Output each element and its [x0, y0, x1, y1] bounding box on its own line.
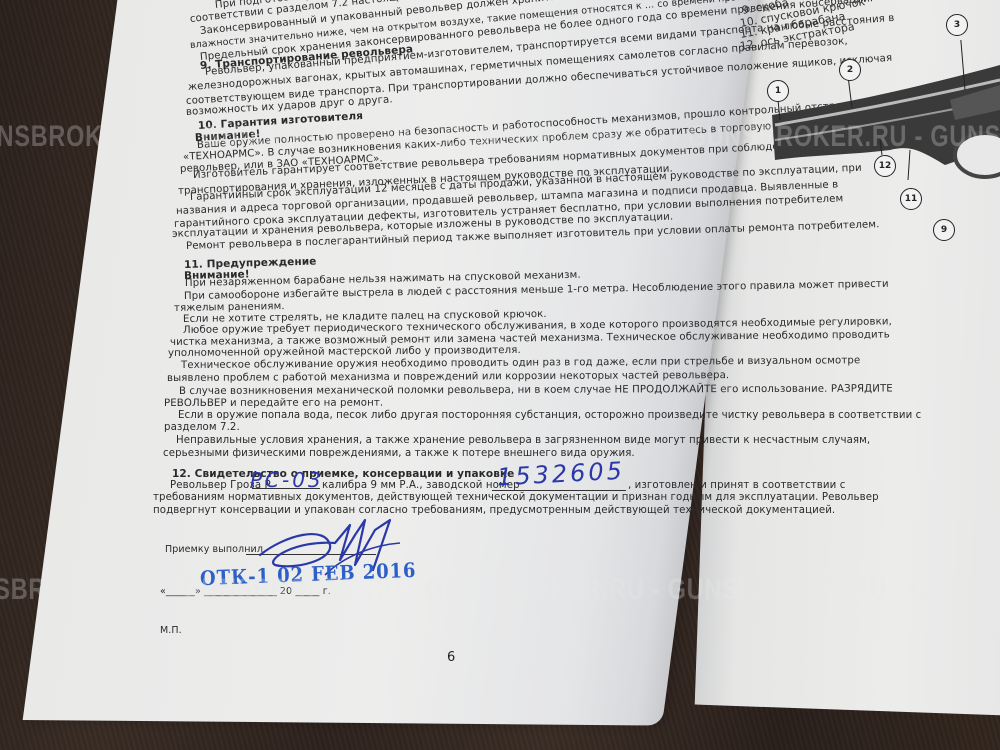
serial-handwritten: 1532605 [496, 457, 625, 492]
callout-11: 11 [900, 188, 922, 210]
section-12-mid: калибра 9 мм Р.А., заводской номер [322, 480, 520, 491]
callout-9: 9 [933, 219, 955, 241]
callout-2: 2 [839, 59, 861, 81]
section-11-line: серьезными физическими повреждениями, а … [163, 448, 635, 459]
callout-3: 3 [946, 14, 968, 36]
page-number: 6 [447, 650, 455, 665]
section-11-line: РЕВОЛЬВЕР и передайте его на ремонт. [164, 398, 383, 409]
watermark: GUNSBROKER.RU - GUNSBROKER.RU - GUNSBROK… [0, 573, 1000, 607]
document-content: При подготовке револьвера к длительному … [0, 0, 1000, 750]
callout-1: 1 [767, 80, 789, 102]
section-12-suffix: , изготовлен и принят в соответствии с [628, 480, 845, 491]
mp-label: М.П. [160, 625, 182, 636]
watermark: GUNSBROKER.RU - GUNSBROKER.RU - GUNSBROK… [0, 120, 1000, 154]
section-12-heading: 12. Свидетельство о приемке, консервации… [172, 468, 514, 480]
callout-12: 12 [874, 155, 896, 177]
section-11-line: В случае возникновения механической поло… [179, 384, 893, 397]
section-11-line: выявлено проблем с работой механизма и п… [167, 370, 729, 384]
section-12-line: требованиям нормативных документов, дейс… [153, 492, 879, 503]
model-handwritten: РС-03 [250, 468, 324, 492]
section-11-line: Неправильные условия хранения, а также х… [176, 435, 870, 446]
section-11-line: разделом 7.2. [164, 422, 240, 433]
section-11-line: Если в оружие попала вода, песок либо др… [178, 410, 921, 421]
section-11-line: уполномоченной оружейной мастерской либо… [168, 345, 521, 359]
